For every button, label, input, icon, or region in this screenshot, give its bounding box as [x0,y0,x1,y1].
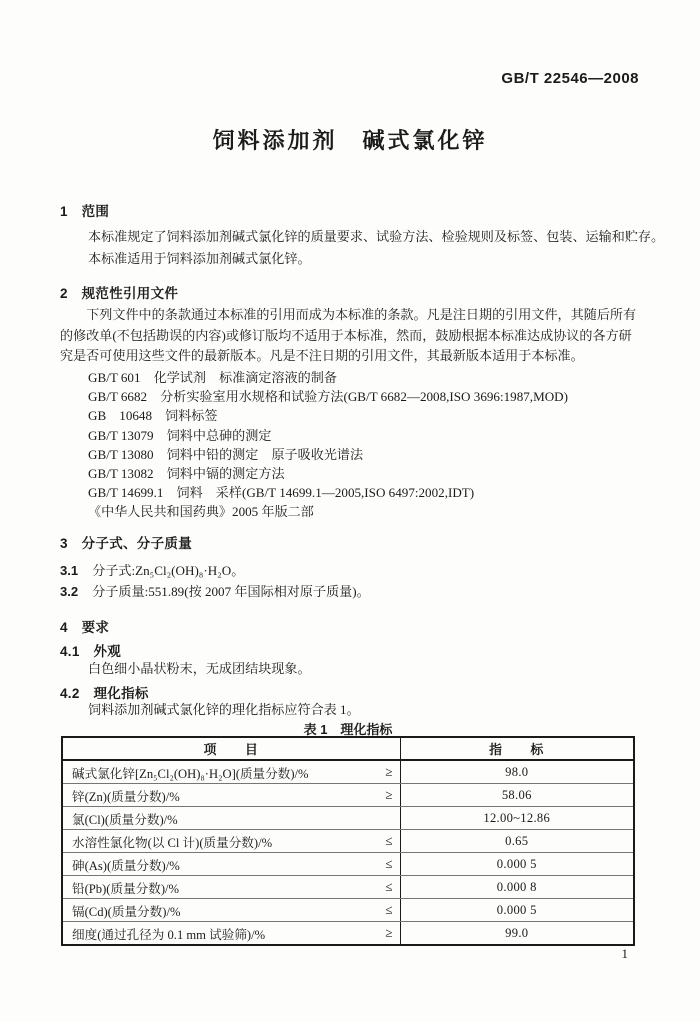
ref-item: GB/T 14699.1 饲料 采样(GB/T 14699.1—2005,ISO… [88,483,568,502]
clause-3-1: 3.1分子式:Zn₅Cl₂(OH)₈·H₂O。 [60,560,244,579]
clause-4-2-heading: 4.2 理化指标 [60,682,149,702]
table-row: 镉(Cd)(质量分数)/%≤ 0.000 5 [62,899,634,922]
table-row: 锌(Zn)(质量分数)/%≥ 58.06 [62,784,634,807]
spec-value: 98.0 [400,760,634,784]
compare-symbol: ≤ [385,902,392,918]
spec-value: 0.000 5 [400,899,634,922]
clause-number: 3.1 [60,563,78,578]
col-header-item: 项 目 [62,737,400,760]
spec-value: 58.06 [400,784,634,807]
scope-paragraph-2: 本标准适用于饲料添加剂碱式氯化锌。 [88,249,311,269]
section-refs-heading: 2 规范性引用文件 [60,282,178,302]
ref-item: GB/T 13079 饲料中总砷的测定 [88,426,568,445]
spec-value: 12.00~12.86 [400,807,634,830]
compare-symbol: ≥ [385,787,392,803]
compare-symbol: ≥ [385,925,392,941]
table-row: 氯(Cl)(质量分数)/% 12.00~12.86 [62,807,634,830]
item-text: 砷(As)(质量分数)/% [72,855,180,874]
section-formula-heading: 3 分子式、分子质量 [60,532,192,552]
table-row: 砷(As)(质量分数)/%≤ 0.000 5 [62,853,634,876]
spec-value: 99.0 [400,922,634,946]
standard-number: GB/T 22546—2008 [501,70,639,87]
compare-symbol: ≤ [385,856,392,872]
compare-symbol: ≥ [385,764,392,780]
document-title: 饲料添加剂 碱式氯化锌 [0,124,700,155]
document-page: GB/T 22546—2008 饲料添加剂 碱式氯化锌 1 范围 本标准规定了饲… [0,0,700,1022]
scope-paragraph-1: 本标准规定了饲料添加剂碱式氯化锌的质量要求、试验方法、检验规则及标签、包装、运输… [88,227,664,247]
item-text: 铅(Pb)(质量分数)/% [72,878,179,897]
ref-item: GB/T 13080 饲料中铅的测定 原子吸收光谱法 [88,445,568,464]
item-text: 氯(Cl)(质量分数)/% [72,809,178,828]
spec-table: 项 目 指 标 碱式氯化锌[Zn₅Cl₂(OH)₈·H₂O](质量分数)/%≥ … [61,736,635,946]
table-row: 铅(Pb)(质量分数)/%≤ 0.000 8 [62,876,634,899]
page-number: 1 [622,946,629,962]
ref-item: GB/T 601 化学试剂 标准滴定溶液的制备 [88,368,568,387]
item-text: 锌(Zn)(质量分数)/% [72,786,180,805]
section-scope-heading: 1 范围 [60,200,109,220]
clause-3-2: 3.2分子质量:551.89(按 2007 年国际相对原子质量)。 [60,581,370,600]
refs-intro-paragraph: 下列文件中的条款通过本标准的引用而成为本标准的条款。凡是注日期的引用文件，其随后… [60,305,642,367]
appearance-paragraph: 白色细小晶状粉末，无成团结块现象。 [88,659,311,679]
section-requirements-heading: 4 要求 [60,616,109,636]
col-header-spec: 指 标 [400,737,634,760]
spec-intro-paragraph: 饲料添加剂碱式氯化锌的理化指标应符合表 1。 [88,700,360,720]
item-text: 细度(通过孔径为 0.1 mm 试验筛)/% [72,924,265,943]
spec-value: 0.000 8 [400,876,634,899]
spec-value: 0.000 5 [400,853,634,876]
item-text: 碱式氯化锌[Zn₅Cl₂(OH)₈·H₂O](质量分数)/% [72,763,309,782]
item-text: 镉(Cd)(质量分数)/% [72,901,180,920]
table-row: 碱式氯化锌[Zn₅Cl₂(OH)₈·H₂O](质量分数)/%≥ 98.0 [62,760,634,784]
item-text: 水溶性氯化物(以 Cl 计)(质量分数)/% [72,832,272,851]
clause-text: 分子质量:551.89(按 2007 年国际相对原子质量)。 [92,584,370,599]
ref-item: GB/T 6682 分析实验室用水规格和试验方法(GB/T 6682—2008,… [88,387,568,406]
compare-symbol: ≤ [385,879,392,895]
table-header-row: 项 目 指 标 [62,737,634,760]
table-row: 水溶性氯化物(以 Cl 计)(质量分数)/%≤ 0.65 [62,830,634,853]
ref-item: GB 10648 饲料标签 [88,406,568,425]
clause-4-1-heading: 4.1 外观 [60,640,121,660]
clause-text: 分子式:Zn₅Cl₂(OH)₈·H₂O。 [92,563,244,578]
refs-list: GB/T 601 化学试剂 标准滴定溶液的制备 GB/T 6682 分析实验室用… [88,368,568,522]
ref-item: GB/T 13082 饲料中镉的测定方法 [88,464,568,483]
compare-symbol: ≤ [385,833,392,849]
ref-item: 《中华人民共和国药典》2005 年版二部 [88,502,568,521]
spec-value: 0.65 [400,830,634,853]
table-row: 细度(通过孔径为 0.1 mm 试验筛)/%≥ 99.0 [62,922,634,946]
clause-number: 3.2 [60,584,78,599]
